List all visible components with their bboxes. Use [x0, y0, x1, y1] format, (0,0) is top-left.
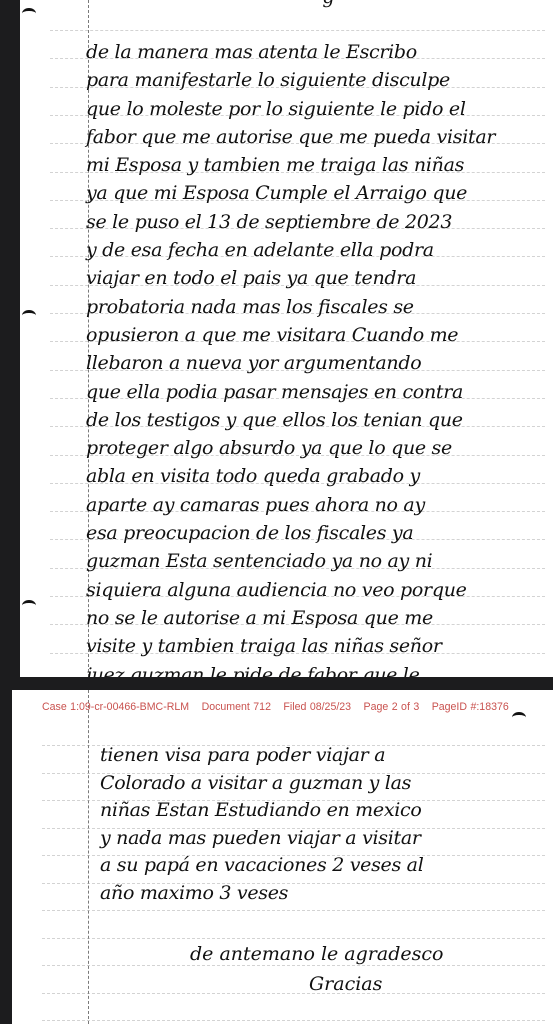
handwritten-line: juez guzman le pide de fabor que le [86, 661, 495, 677]
handwritten-line: niñas Estan Estudiando en mexico [100, 797, 424, 825]
handwritten-line: siquiera alguna audiencia no veo porque [86, 576, 495, 604]
handwritten-line: de los testigos y que ellos los tenian q… [86, 406, 495, 434]
page-separator [0, 677, 553, 690]
handwritten-line: tienen visa para poder viajar a [100, 742, 424, 770]
closing-line: de antemano le agradesco [190, 943, 443, 965]
court-filing-header: Case 1:09-cr-00466-BMC-RLM Document 712 … [42, 701, 509, 713]
handwritten-line: fabor que me autorise que me pueda visit… [86, 123, 495, 151]
ruled-line [42, 1020, 545, 1021]
handwritten-line: visite y tambien traiga las niñas señor [86, 632, 495, 660]
letter-page-1: · · · · g · · · · · · · g de la manera m… [20, 0, 553, 677]
handwritten-line: abla en visita todo queda grabado y [86, 462, 495, 490]
handwritten-line: mi Esposa y tambien me traiga las niñas [86, 151, 495, 179]
handwritten-line: a su papá en vacaciones 2 veses al [100, 852, 424, 880]
handwritten-line: año maximo 3 veses [100, 880, 424, 908]
handwritten-line: se le puso el 13 de septiembre de 2023 [86, 208, 495, 236]
margin-line [88, 690, 89, 1024]
handwritten-line: llebaron a nueva yor argumentando [86, 349, 495, 377]
case-number: Case 1:09-cr-00466-BMC-RLM [42, 701, 189, 713]
ruled-line [42, 938, 545, 939]
ruled-line [42, 965, 545, 966]
ruled-line [42, 910, 545, 911]
handwritten-line: que ella podia pasar mensajes en contra [86, 378, 495, 406]
handwritten-line: de la manera mas atenta le Escribo [86, 38, 495, 66]
page-id: PageID #:18376 [432, 701, 509, 713]
letter-page-2: Case 1:09-cr-00466-BMC-RLM Document 712 … [12, 690, 553, 1024]
ruled-line [50, 30, 545, 31]
handwritten-line: guzman Esta sentenciado ya no ay ni [86, 547, 495, 575]
hole-punch-mark [22, 8, 36, 19]
hole-punch-mark [22, 310, 36, 321]
handwritten-line: probatoria nada mas los fiscales se [86, 293, 495, 321]
handwritten-body-page-1: de la manera mas atenta le Escribopara m… [86, 38, 495, 677]
cut-off-handwriting: · · · · g · · · · · · · g [130, 0, 553, 8]
handwritten-line: viajar en todo el pais ya que tendra [86, 264, 495, 292]
handwritten-line: opusieron a que me visitara Cuando me [86, 321, 495, 349]
page-count: Page 2 of 3 [364, 701, 420, 713]
ruled-line [42, 993, 545, 994]
handwritten-line: que lo moleste por lo siguiente le pido … [86, 95, 495, 123]
handwritten-line: para manifestarle lo siguiente disculpe [86, 66, 495, 94]
hole-punch-mark [22, 600, 36, 611]
handwritten-line: no se le autorise a mi Esposa que me [86, 604, 495, 632]
handwritten-line: ya que mi Esposa Cumple el Arraigo que [86, 179, 495, 207]
handwritten-line: proteger algo absurdo ya que lo que se [86, 434, 495, 462]
handwritten-line: esa preocupacion de los fiscales ya [86, 519, 495, 547]
filed-date: Filed 08/25/23 [283, 701, 351, 713]
handwritten-line: y nada mas pueden viajar a visitar [100, 825, 424, 853]
handwritten-line: aparte ay camaras pues ahora no ay [86, 491, 495, 519]
document-number: Document 712 [202, 701, 271, 713]
hole-punch-mark [512, 712, 526, 723]
handwritten-line: Colorado a visitar a guzman y las [100, 770, 424, 798]
sign-off: Gracias [309, 973, 382, 995]
handwritten-body-page-2: tienen visa para poder viajar aColorado … [100, 742, 424, 907]
handwritten-line: y de esa fecha en adelante ella podra [86, 236, 495, 264]
